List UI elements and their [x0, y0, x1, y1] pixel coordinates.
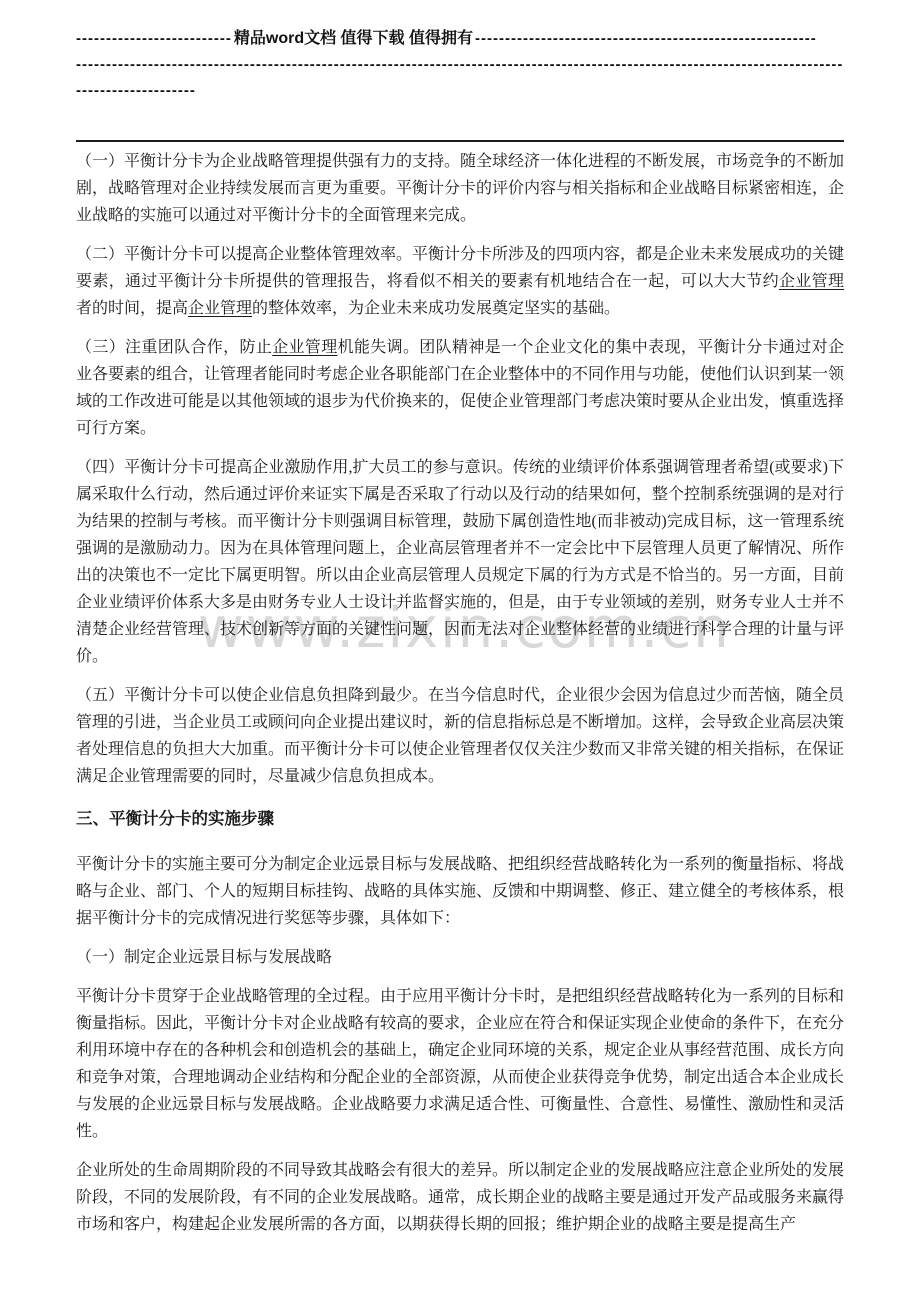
- document-body: （一）平衡计分卡为企业战略管理提供强有力的支持。随全球经济一体化进程的不断发展，…: [76, 148, 844, 1238]
- document-content: --------------------------精品word文档 值得下载 …: [0, 0, 920, 1238]
- paragraph-lifecycle-strategy: 企业所处的生命周期阶段的不同导致其战略会有很大的差异。所以制定企业的发展战略应注…: [76, 1157, 844, 1238]
- paragraph-advantage-3: （三）注重团队合作，防止企业管理机能失调。团队精神是一个企业文化的集中表现，平衡…: [76, 334, 844, 442]
- header-title: 精品word文档 值得下载 值得拥有: [232, 30, 475, 47]
- header-dashes-row: ----------------------------------------…: [76, 52, 844, 78]
- section-divider-line: [76, 140, 844, 142]
- header-dashes-right: ----------------------------------------…: [475, 30, 817, 47]
- header-dashes-left: --------------------------: [76, 30, 232, 47]
- document-page: www.zixin.com.cn -----------------------…: [0, 0, 920, 1302]
- paragraph-steps-overview: 平衡计分卡的实施主要可分为制定企业远景目标与发展战略、把组织经营战略转化为一系列…: [76, 851, 844, 932]
- paragraph-advantage-4: （四）平衡计分卡可提高企业激励作用,扩大员工的参与意识。传统的业绩评价体系强调管…: [76, 454, 844, 670]
- paragraph-step-1-detail: 平衡计分卡贯穿于企业战略管理的全过程。由于应用平衡计分卡时，是把组织经营战略转化…: [76, 983, 844, 1145]
- subheading-step-1: （一）制定企业远景目标与发展战略: [76, 944, 844, 971]
- paragraph-advantage-2: （二）平衡计分卡可以提高企业整体管理效率。平衡计分卡所涉及的四项内容，都是企业未…: [76, 241, 844, 322]
- header-banner-line: --------------------------精品word文档 值得下载 …: [76, 26, 844, 52]
- header-dashes-row-short: --------------------: [76, 78, 844, 104]
- paragraph-advantage-5: （五）平衡计分卡可以使企业信息负担降到最少。在当今信息时代，企业很少会因为信息过…: [76, 682, 844, 790]
- document-header: --------------------------精品word文档 值得下载 …: [76, 26, 844, 104]
- section-heading-implementation-steps: 三、平衡计分卡的实施步骤: [76, 806, 844, 833]
- paragraph-advantage-1: （一）平衡计分卡为企业战略管理提供强有力的支持。随全球经济一体化进程的不断发展，…: [76, 148, 844, 229]
